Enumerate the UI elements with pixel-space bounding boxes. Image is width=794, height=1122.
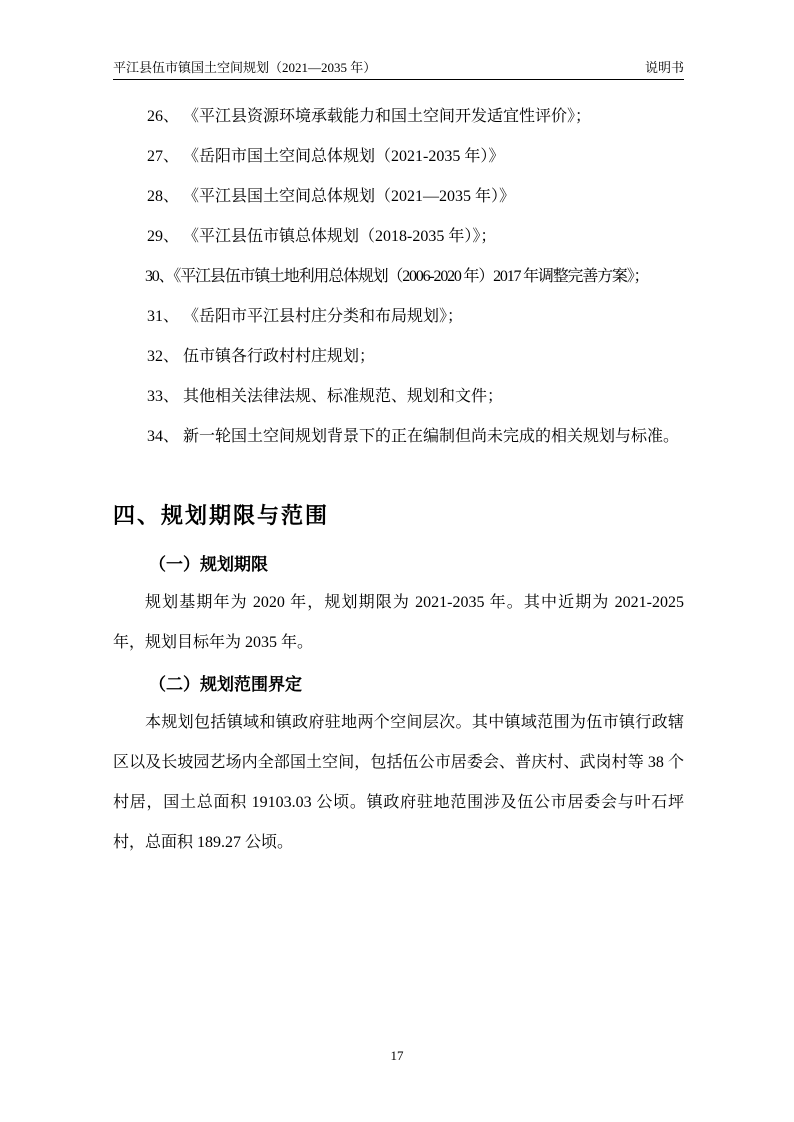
reference-item-28: 28、 《平江县国土空间总体规划（2021—2035 年）》 [113, 177, 684, 217]
page-number: 17 [0, 1048, 794, 1064]
subsection-heading-2: （二）规划范围界定 [113, 675, 684, 695]
reference-item-33: 33、 其他相关法律法规、标准规范、规划和文件； [113, 377, 684, 417]
reference-item-31: 31、 《岳阳市平江县村庄分类和布局规划》； [113, 297, 684, 337]
section-heading: 四、规划期限与范围 [113, 503, 684, 529]
header-left-title: 平江县伍市镇国土空间规划（2021—2035 年） [113, 60, 376, 76]
reference-item-30: 30、《平江县伍市镇土地利用总体规划（2006-2020 年）2017 年调整完… [113, 257, 684, 297]
page-header: 平江县伍市镇国土空间规划（2021—2035 年） 说明书 [113, 0, 684, 80]
reference-item-32: 32、 伍市镇各行政村村庄规划； [113, 337, 684, 377]
reference-item-34: 34、 新一轮国土空间规划背景下的正在编制但尚未完成的相关规划与标准。 [113, 417, 684, 457]
document-page: 平江县伍市镇国土空间规划（2021—2035 年） 说明书 26、 《平江县资源… [0, 0, 794, 1122]
references-list: 26、 《平江县资源环境承载能力和国土空间开发适宜性评价》； 27、 《岳阳市国… [113, 97, 684, 457]
header-right-label: 说明书 [645, 60, 684, 76]
reference-item-26: 26、 《平江县资源环境承载能力和国土空间开发适宜性评价》； [113, 97, 684, 137]
subsection-heading-1: （一）规划期限 [113, 555, 684, 575]
body-paragraph-2: 本规划包括镇域和镇政府驻地两个空间层次。其中镇域范围为伍市镇行政辖区以及长坡园艺… [113, 703, 684, 863]
body-paragraph-1: 规划基期年为 2020 年，规划期限为 2021-2035 年。其中近期为 20… [113, 583, 684, 663]
reference-item-27: 27、 《岳阳市国土空间总体规划（2021-2035 年）》 [113, 137, 684, 177]
reference-item-29: 29、 《平江县伍市镇总体规划（2018-2035 年）》； [113, 217, 684, 257]
